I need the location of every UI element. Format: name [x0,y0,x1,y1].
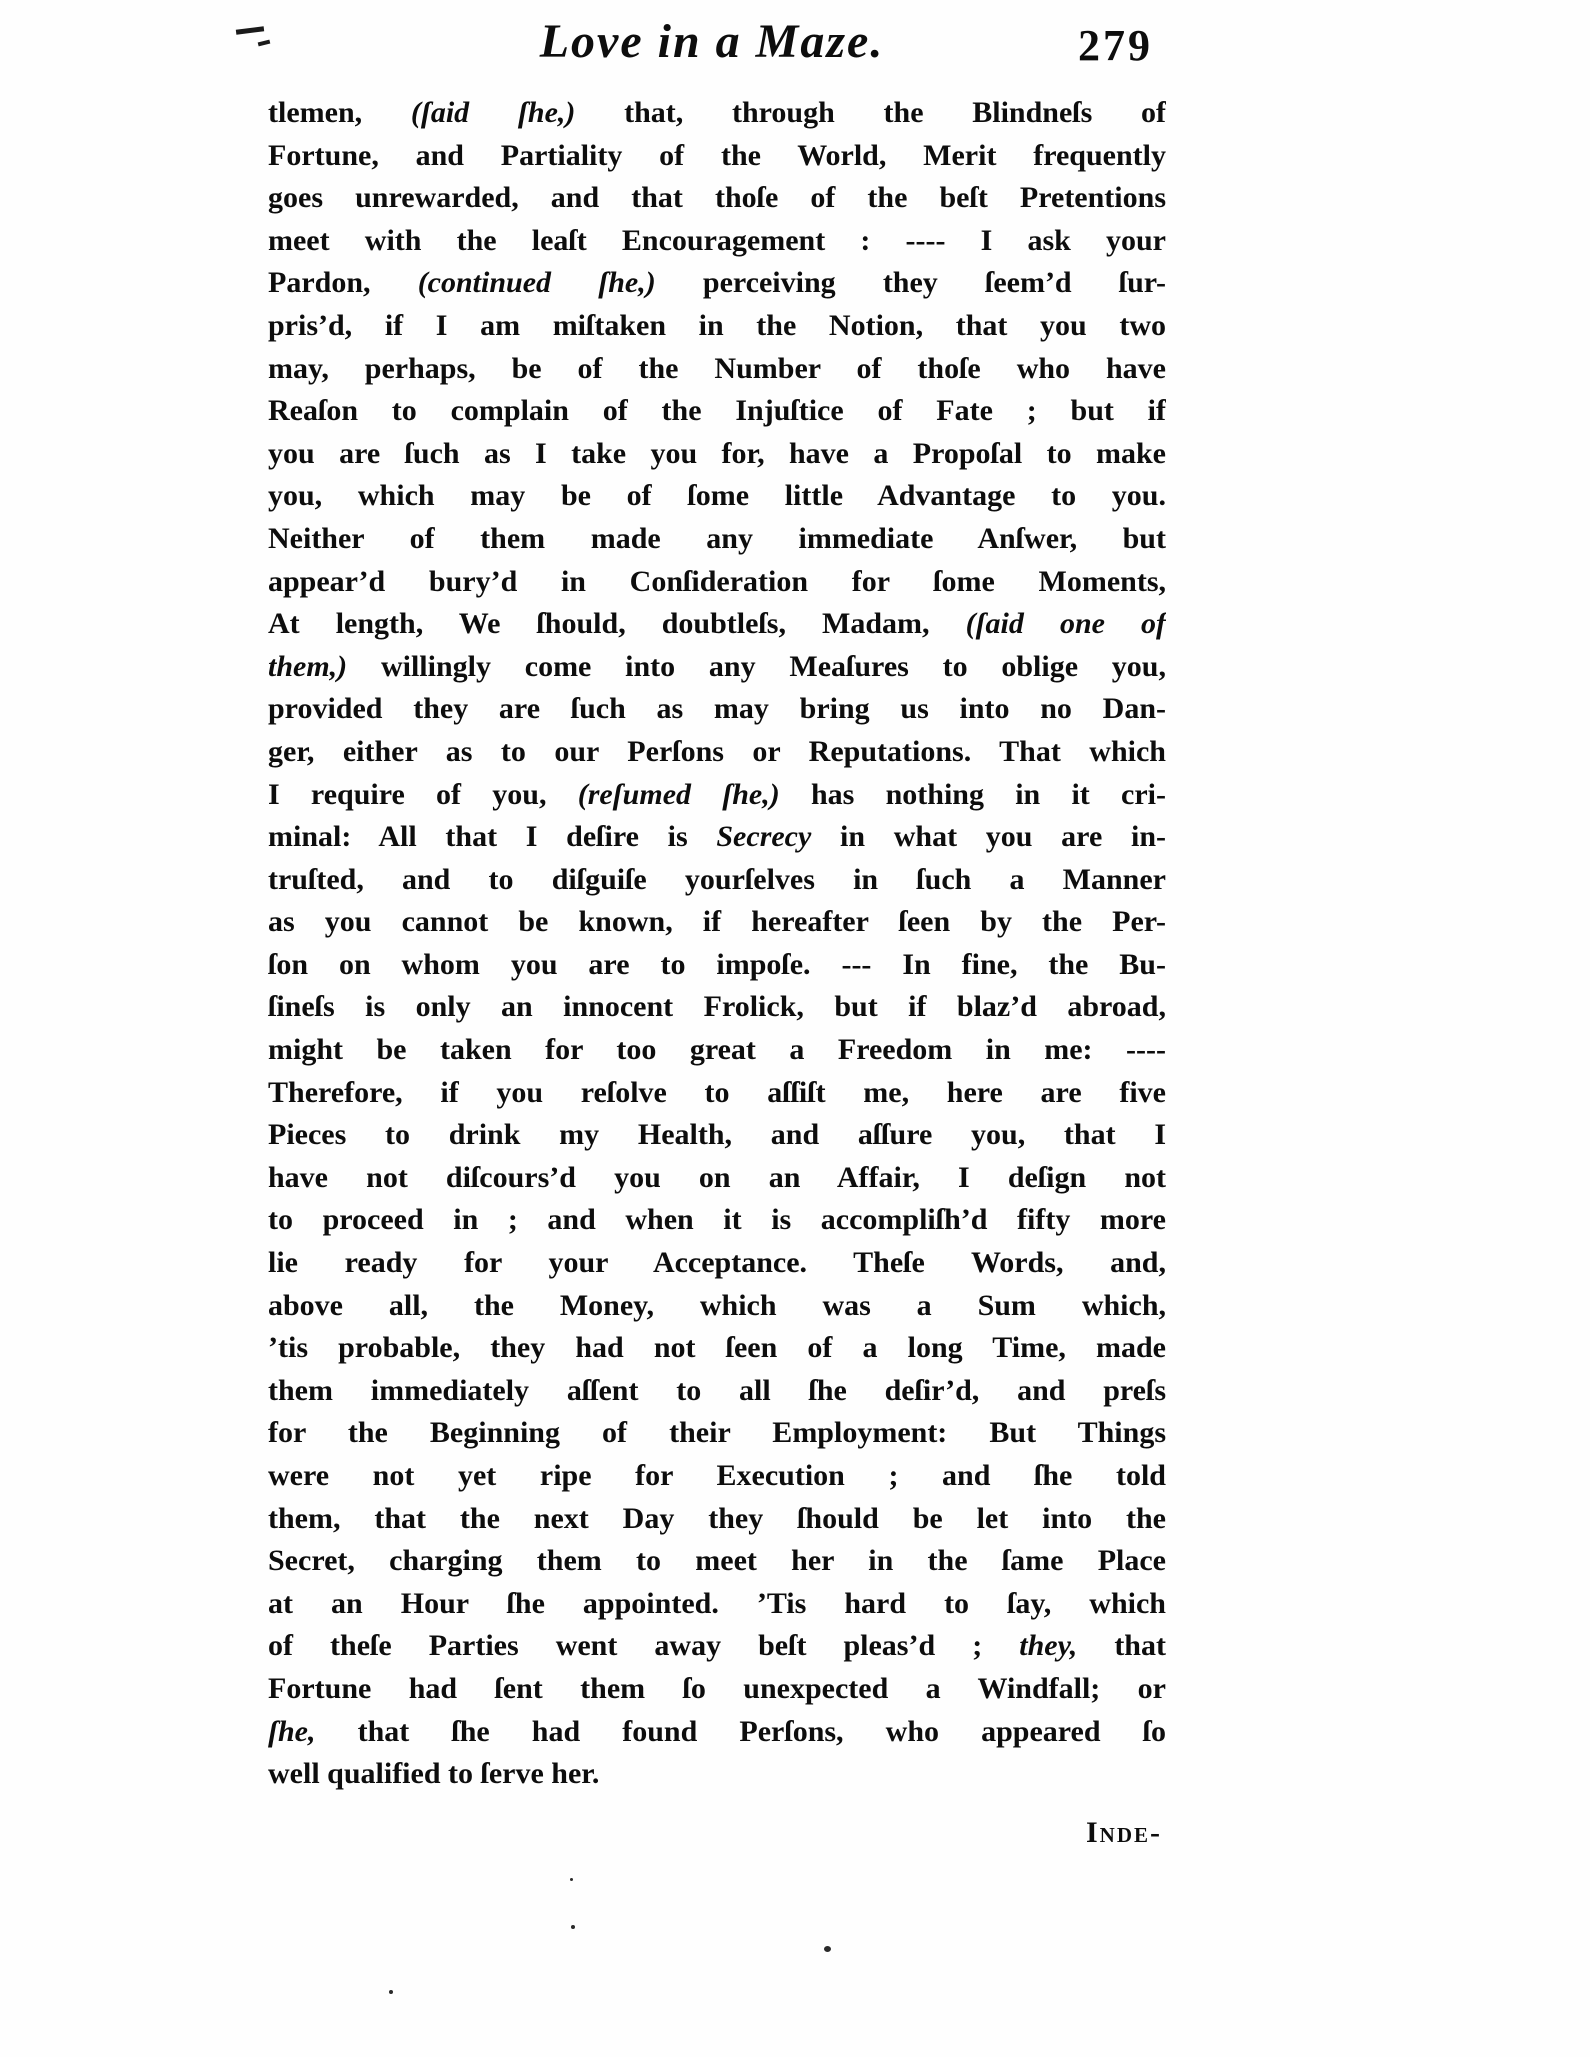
text-segment: I require of you, [268,778,578,811]
book-page: Love in a Maze. 279 tlemen, (ſaid ſhe,) … [0,0,1590,2057]
text-line: appear’d bury’d in Conſideration for ſom… [268,561,1166,604]
pen-mark-icon [236,26,264,34]
text-segment: above all, the Money, which was a Sum wh… [268,1289,1166,1322]
text-segment: perceiving they ſeem’d ſur- [656,266,1166,299]
text-segment: Pardon, [268,266,418,299]
text-line: meet with the leaſt Encouragement : ----… [268,220,1166,263]
text-segment: meet with the leaſt Encouragement : ----… [268,224,1166,257]
text-segment: Fortune, and Partiality of the World, Me… [268,139,1166,172]
text-segment: were not yet ripe for Execution ; and ſh… [268,1459,1166,1492]
ink-speck [570,1878,573,1881]
text-line: Secret, charging them to meet her in the… [268,1540,1166,1583]
text-line: Reaſon to complain of the Injuſtice of F… [268,390,1166,433]
text-line: as you cannot be known, if hereafter ſee… [268,901,1166,944]
text-line: At length, We ſhould, doubtleſs, Madam, … [268,603,1166,646]
ink-speck [824,1946,831,1952]
text-line: ſon on whom you are to impoſe. --- In fi… [268,944,1166,987]
text-line: were not yet ripe for Execution ; and ſh… [268,1455,1166,1498]
text-segment: At length, We ſhould, doubtleſs, Madam, [268,607,966,640]
text-line: truſted, and to diſguiſe yourſelves in ſ… [268,859,1166,902]
text-segment: at an Hour ſhe appointed. ’Tis hard to ſ… [268,1587,1166,1620]
text-segment: minal: All that I deſire is [268,820,716,853]
text-segment: Fortune had ſent them ſo unexpected a Wi… [268,1672,1166,1705]
text-line: ger, either as to our Perſons or Reputat… [268,731,1166,774]
italic-text-segment: ſhe, [268,1715,316,1748]
text-line: Pardon, (continued ſhe,) perceiving they… [268,262,1166,305]
text-line: goes unrewarded, and that thoſe of the b… [268,177,1166,220]
text-segment: goes unrewarded, and that thoſe of the b… [268,181,1166,214]
text-segment: you, which may be of ſome little Advanta… [268,479,1166,512]
text-segment: provided they are ſuch as may bring us i… [268,692,1166,725]
text-segment: may, perhaps, be of the Number of thoſe … [268,352,1166,385]
italic-text-segment: Secrecy [716,820,811,853]
text-line: Pieces to drink my Health, and aſſure yo… [268,1114,1166,1157]
text-line: to proceed in ; and when it is accompliſ… [268,1199,1166,1242]
text-segment: Reaſon to complain of the Injuſtice of F… [268,394,1166,427]
text-line: Fortune had ſent them ſo unexpected a Wi… [268,1668,1166,1711]
text-line: them immediately aſſent to all ſhe deſir… [268,1370,1166,1413]
text-segment: appear’d bury’d in Conſideration for ſom… [268,565,1166,598]
text-segment: as you cannot be known, if hereafter ſee… [268,905,1166,938]
text-segment: truſted, and to diſguiſe yourſelves in ſ… [268,863,1166,896]
text-segment: ger, either as to our Perſons or Reputat… [268,735,1166,768]
text-segment: for the Beginning of their Employment: B… [268,1416,1166,1449]
text-segment: lie ready for your Acceptance. Theſe Wor… [268,1246,1166,1279]
text-line: ſhe, that ſhe had found Perſons, who app… [268,1711,1166,1754]
text-segment: willingly come into any Meaſures to obli… [347,650,1166,683]
text-segment: tlemen, [268,96,411,129]
text-segment: Pieces to drink my Health, and aſſure yo… [268,1118,1166,1151]
text-line: you are ſuch as I take you for, have a P… [268,433,1166,476]
text-line: Therefore, if you reſolve to aſſiſt me, … [268,1072,1166,1115]
text-line: may, perhaps, be of the Number of thoſe … [268,348,1166,391]
text-segment: Therefore, if you reſolve to aſſiſt me, … [268,1076,1166,1109]
text-line: at an Hour ſhe appointed. ’Tis hard to ſ… [268,1583,1166,1626]
text-line: them,) willingly come into any Meaſures … [268,646,1166,689]
text-segment: ’tis probable, they had not ſeen of a lo… [268,1331,1166,1364]
text-segment: to proceed in ; and when it is accompliſ… [268,1203,1166,1236]
ink-speck [571,1925,575,1929]
text-segment: Neither of them made any immediate Anſwe… [268,522,1166,555]
text-line: you, which may be of ſome little Advanta… [268,475,1166,518]
text-segment: them, that the next Day they ſhould be l… [268,1502,1166,1535]
text-segment: that ſhe had found Perſons, who appeared… [316,1715,1167,1748]
italic-text-segment: (ſaid one of [966,607,1166,640]
text-segment: that [1077,1629,1166,1662]
text-line: for the Beginning of their Employment: B… [268,1412,1166,1455]
pen-mark-icon [258,40,271,47]
text-line: ſineſs is only an innocent Frolick, but … [268,986,1166,1029]
text-line: well qualified to ſerve her. [268,1753,1166,1796]
text-line: them, that the next Day they ſhould be l… [268,1498,1166,1541]
text-segment: well qualified to ſerve her. [268,1757,599,1790]
text-line: Fortune, and Partiality of the World, Me… [268,135,1166,178]
text-line: have not diſcours’d you on an Affair, I … [268,1157,1166,1200]
text-segment: of theſe Parties went away beſt pleas’d … [268,1629,1019,1662]
text-line: of theſe Parties went away beſt pleas’d … [268,1625,1166,1668]
running-title: Love in a Maze. [540,14,885,69]
body-text: tlemen, (ſaid ſhe,) that, through the Bl… [268,92,1166,1796]
text-line: pris’d, if I am miſtaken in the Notion, … [268,305,1166,348]
text-segment: you are ſuch as I take you for, have a P… [268,437,1166,470]
italic-text-segment: (ſaid ſhe,) [411,96,576,129]
text-segment: them immediately aſſent to all ſhe deſir… [268,1374,1166,1407]
text-segment: Secret, charging them to meet her in the… [268,1544,1166,1577]
text-segment: ſon on whom you are to impoſe. --- In fi… [268,948,1166,981]
ink-speck [389,1990,393,1994]
italic-text-segment: (continued ſhe,) [418,266,656,299]
italic-text-segment: (reſumed ſhe,) [578,778,780,811]
text-line: might be taken for too great a Freedom i… [268,1029,1166,1072]
text-line: I require of you, (reſumed ſhe,) has not… [268,774,1166,817]
text-line: minal: All that I deſire is Secrecy in w… [268,816,1166,859]
text-segment: in what you are in- [811,820,1166,853]
text-segment: might be taken for too great a Freedom i… [268,1033,1166,1066]
text-line: provided they are ſuch as may bring us i… [268,688,1166,731]
text-segment: has nothing in it cri- [780,778,1166,811]
text-segment: pris’d, if I am miſtaken in the Notion, … [268,309,1166,342]
text-line: Neither of them made any immediate Anſwe… [268,518,1166,561]
text-line: lie ready for your Acceptance. Theſe Wor… [268,1242,1166,1285]
text-line: above all, the Money, which was a Sum wh… [268,1285,1166,1328]
catchword: Inde- [1086,1816,1162,1850]
italic-text-segment: them,) [268,650,347,683]
text-segment: have not diſcours’d you on an Affair, I … [268,1161,1166,1194]
text-line: ’tis probable, they had not ſeen of a lo… [268,1327,1166,1370]
text-segment: that, through the Blindneſs of [575,96,1166,129]
text-line: tlemen, (ſaid ſhe,) that, through the Bl… [268,92,1166,135]
italic-text-segment: they, [1019,1629,1077,1662]
text-segment: ſineſs is only an innocent Frolick, but … [268,990,1166,1023]
page-number: 279 [1078,20,1153,71]
